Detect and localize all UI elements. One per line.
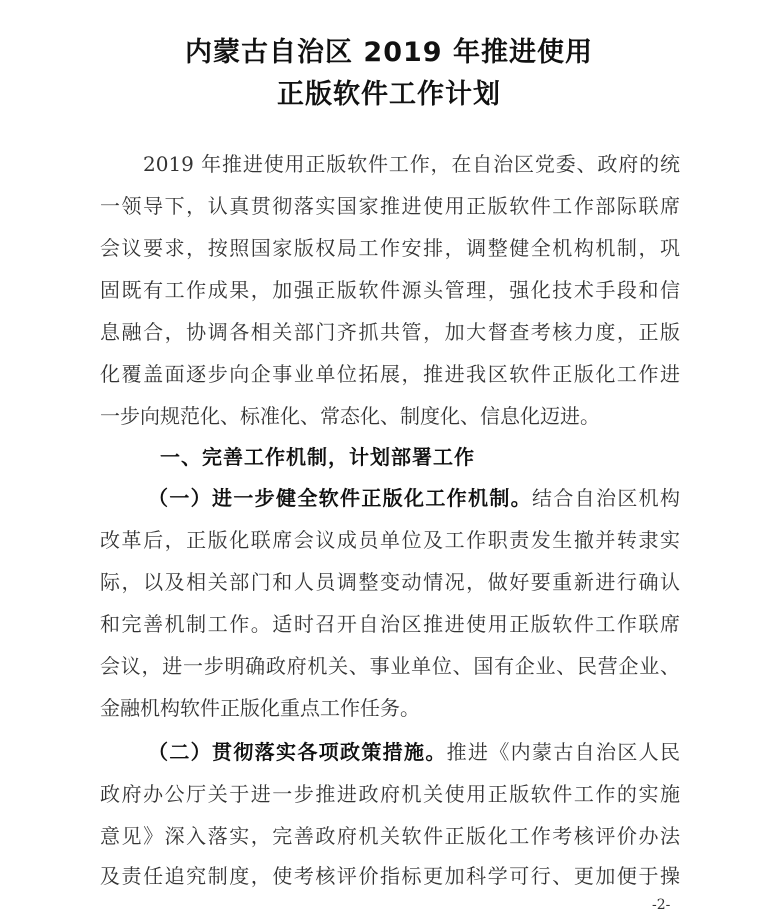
item-lead-text: 结合自治区机构	[532, 486, 680, 510]
paragraph-line: 固既有工作成果，加强正版软件源头管理，强化技术手段和信	[100, 276, 680, 304]
item-lead-title: （一）进一步健全软件正版化工作机制。	[148, 486, 532, 510]
page-number: -2-	[652, 897, 670, 913]
paragraph-line: 金融机构软件正版化重点工作任务。	[100, 694, 680, 722]
paragraph-line: （一）进一步健全软件正版化工作机制。结合自治区机构	[148, 484, 680, 512]
paragraph-line: 一领导下，认真贯彻落实国家推进使用正版软件工作部际联席	[100, 192, 680, 220]
paragraph-line: 2019 年推进使用正版软件工作，在自治区党委、政府的统	[143, 150, 680, 178]
paragraph-line: 一步向规范化、标准化、常态化、制度化、信息化迈进。	[100, 402, 680, 430]
paragraph-line: 会议要求，按照国家版权局工作安排，调整健全机构机制，巩	[100, 234, 680, 262]
item-lead-title: （二）贯彻落实各项政策措施。	[148, 740, 447, 764]
document-page: 内蒙古自治区 2019 年推进使用 正版软件工作计划 2019 年推进使用正版软…	[0, 0, 778, 918]
paragraph-line: 意见》深入落实，完善政府机关软件正版化工作考核评价办法	[100, 822, 680, 850]
section-heading: 一、完善工作机制，计划部署工作	[160, 443, 475, 471]
paragraph-line: 化覆盖面逐步向企事业单位拓展，推进我区软件正版化工作进	[100, 360, 680, 388]
paragraph-line: 及责任追究制度，使考核评价指标更加科学可行、更加便于操	[100, 862, 680, 890]
paragraph-line: 息融合，协调各相关部门齐抓共管，加大督查考核力度，正版	[100, 318, 680, 346]
document-title-line-1: 内蒙古自治区 2019 年推进使用	[0, 30, 778, 69]
paragraph-line: （二）贯彻落实各项政策措施。推进《内蒙古自治区人民	[148, 738, 680, 766]
paragraph-line: 会议，进一步明确政府机关、事业单位、国有企业、民营企业、	[100, 652, 680, 680]
paragraph-line: 和完善机制工作。适时召开自治区推进使用正版软件工作联席	[100, 610, 680, 638]
paragraph-line: 际，以及相关部门和人员调整变动情况，做好要重新进行确认	[100, 568, 680, 596]
document-title-line-2: 正版软件工作计划	[0, 72, 778, 111]
item-lead-text: 推进《内蒙古自治区人民	[447, 740, 680, 764]
paragraph-line: 改革后，正版化联席会议成员单位及工作职责发生撤并转隶实	[100, 526, 680, 554]
paragraph-line: 政府办公厅关于进一步推进政府机关使用正版软件工作的实施	[100, 780, 680, 808]
